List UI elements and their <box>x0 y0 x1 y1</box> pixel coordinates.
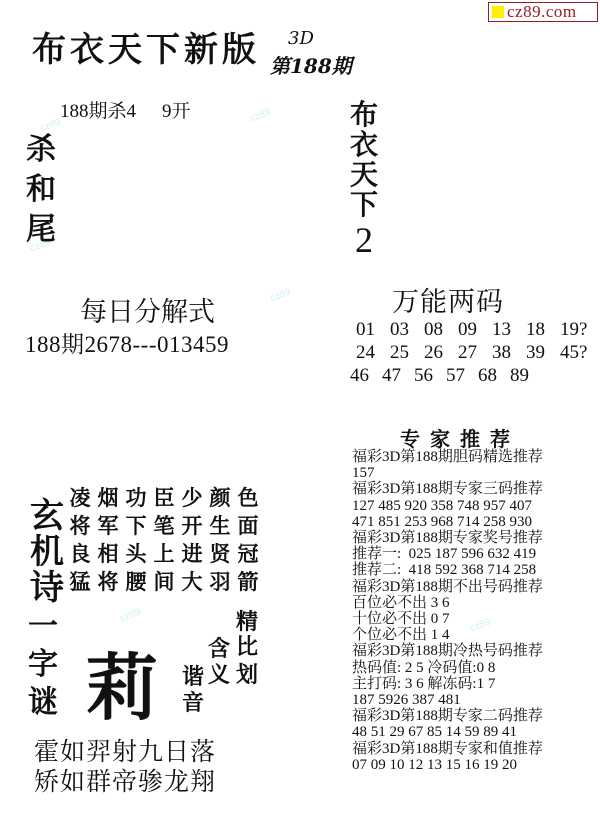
list-item: 187 5926 387 481 <box>352 692 543 708</box>
riddle-hint: 比 <box>236 630 258 661</box>
list-item: 48 51 29 67 85 14 59 89 41 <box>352 724 543 740</box>
list-item: 福彩3D第188期不出号码推荐 <box>352 579 543 595</box>
universal-two-codes-grid: 01 03 08 09 13 18 19? 24 25 26 27 38 39 … <box>356 318 594 387</box>
kill-value: 188期杀4 <box>60 101 136 122</box>
list-item: 个位必不出 1 4 <box>352 627 543 643</box>
riddle-hint: 划 <box>236 658 258 689</box>
game-label: 3D <box>288 28 314 49</box>
list-item: 推荐一: 025 187 596 632 419 <box>352 546 543 562</box>
kill-sum-tail-line: 188期杀49开 <box>60 96 191 123</box>
expert-recommend-list: 福彩3D第188期胆码精选推荐 157 福彩3D第188期专家三码推荐 127 … <box>352 449 543 773</box>
page-title: 布衣天下新版 <box>32 22 260 71</box>
universal-two-codes-title: 万能两码 <box>392 280 504 319</box>
list-item: 471 851 253 968 714 258 930 <box>352 514 543 530</box>
poem-line: 将军下笔开生面 <box>66 512 262 540</box>
watermark: cz89 <box>269 287 293 305</box>
riddle-label: 一 字 谜 <box>28 608 58 722</box>
code-row: 01 03 08 09 13 18 19? <box>356 318 594 341</box>
watermark: cz89 <box>119 607 143 625</box>
list-item: 07 09 10 12 13 15 16 19 20 <box>352 757 543 773</box>
kill-sum-tail-label: 杀 和 尾 <box>26 130 56 250</box>
mystic-poem: 凌烟功臣少颜色 将军下笔开生面 良相头上进贤冠 猛将腰间大羽箭 <box>66 484 262 596</box>
list-item: 福彩3D第188期专家奖号推荐 <box>352 530 543 546</box>
open-value: 9开 <box>162 101 191 122</box>
riddle-hint: 音 <box>182 686 204 717</box>
list-item: 福彩3D第188期专家和值推荐 <box>352 741 543 757</box>
list-item: 主打码: 3 6 解冻码:1 7 <box>352 676 543 692</box>
poem-line: 良相头上进贤冠 <box>66 540 262 568</box>
code-row: 46 47 56 57 68 89 <box>350 364 594 387</box>
verse-line-2: 矫如群帝骖龙翔 <box>34 762 216 798</box>
poem-line: 凌烟功臣少颜色 <box>66 484 262 512</box>
list-item: 福彩3D第188期专家三码推荐 <box>352 481 543 497</box>
buyi-number: 2 <box>355 220 373 260</box>
daily-decomposition-title: 每日分解式 <box>80 290 215 329</box>
riddle-character: 莉 <box>86 630 158 734</box>
list-item: 推荐二: 418 592 368 714 258 <box>352 562 543 578</box>
issue-label: 第188期 <box>270 50 352 79</box>
watermark: cz89 <box>249 107 273 125</box>
list-item: 127 485 920 358 748 957 407 <box>352 498 543 514</box>
buyi-tianxia-block: 布 衣 天 下 2 <box>350 100 378 260</box>
mystic-poem-label: 玄 机 诗 <box>30 498 64 606</box>
list-item: 福彩3D第188期专家二码推荐 <box>352 708 543 724</box>
brand-badge[interactable]: cz89.com <box>488 2 598 22</box>
expert-recommend-title: 专家推荐 <box>400 423 520 452</box>
brand-square-icon <box>492 6 504 18</box>
daily-decomposition-value: 188期2678---013459 <box>25 326 229 359</box>
list-item: 热码值: 2 5 冷码值:0 8 <box>352 660 543 676</box>
list-item: 157 <box>352 465 543 481</box>
code-row: 24 25 26 27 38 39 45? <box>356 341 594 364</box>
list-item: 福彩3D第188期胆码精选推荐 <box>352 449 543 465</box>
list-item: 百位必不出 3 6 <box>352 595 543 611</box>
list-item: 十位必不出 0 7 <box>352 611 543 627</box>
brand-label: cz89.com <box>507 2 577 22</box>
list-item: 福彩3D第188期冷热号码推荐 <box>352 643 543 659</box>
poem-line: 猛将腰间大羽箭 <box>66 568 262 596</box>
riddle-hint: 义 <box>208 658 230 689</box>
